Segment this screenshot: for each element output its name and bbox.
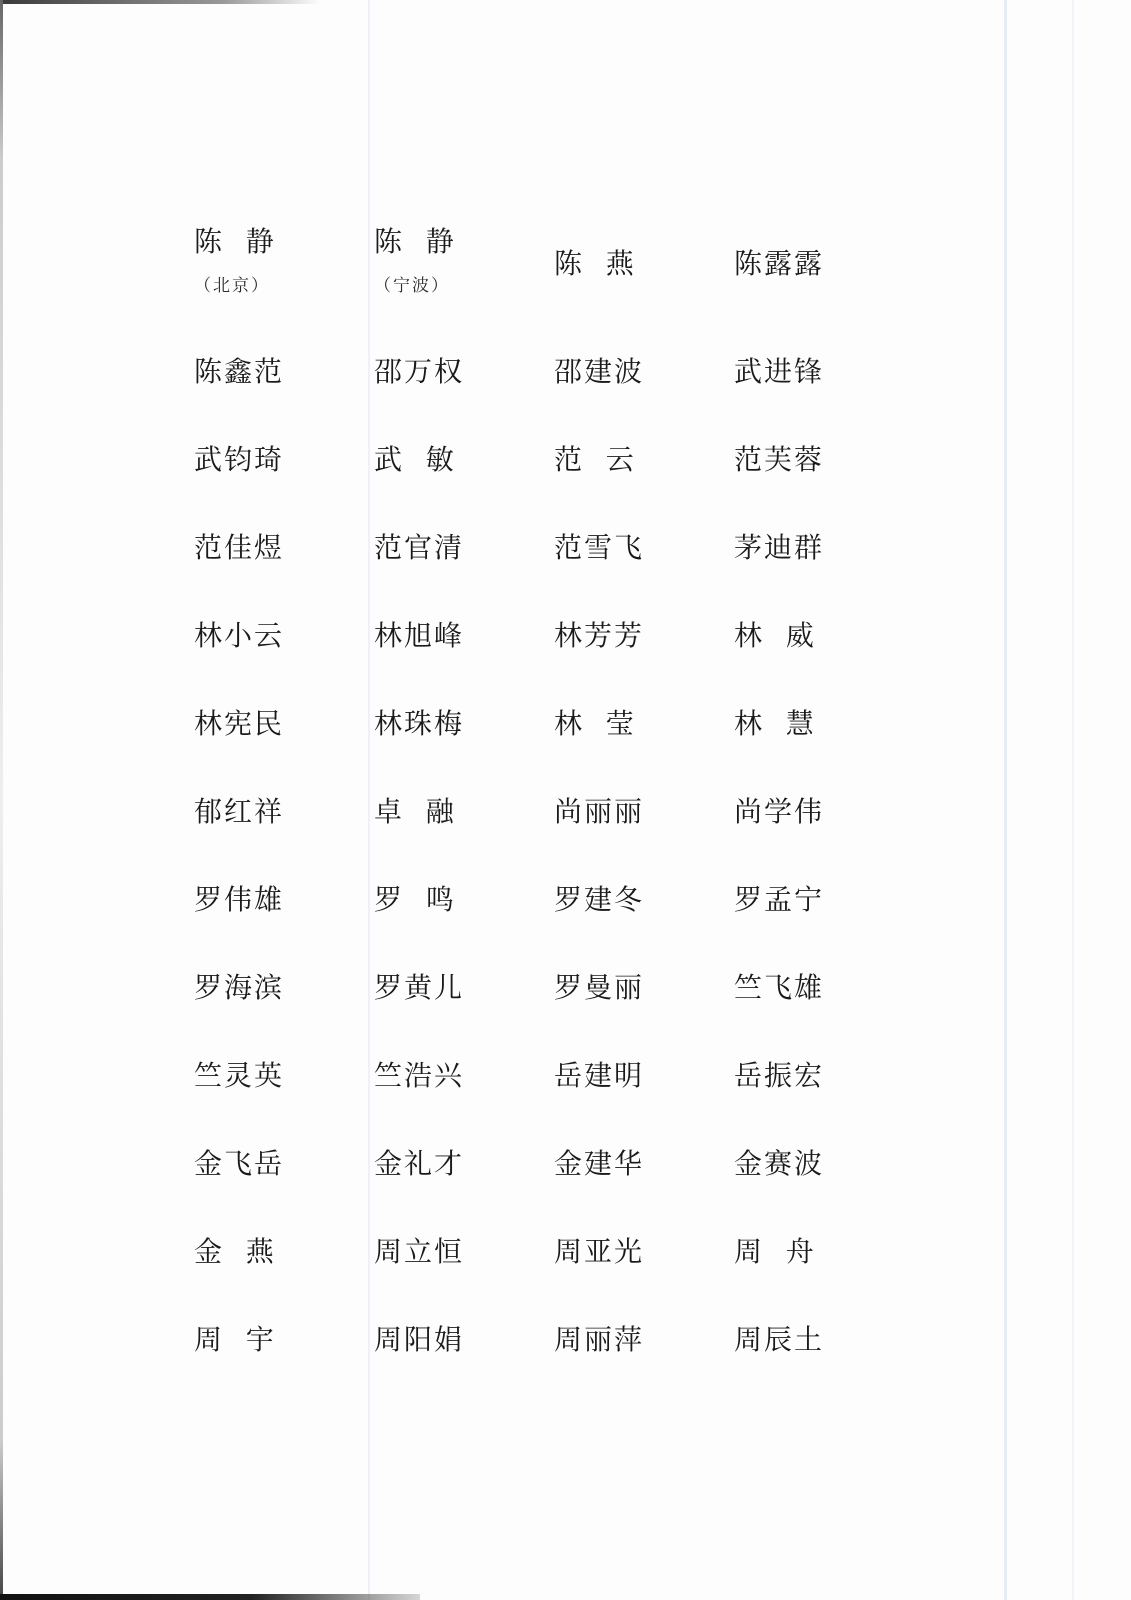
person-name: 岳振宏 xyxy=(734,1056,824,1096)
scan-edge-bottom xyxy=(0,1594,420,1600)
name-row: 林宪民 林珠梅 林 莹 林 慧 xyxy=(194,704,914,792)
name-cell: 金建华 xyxy=(554,1144,734,1184)
person-name: 罗伟雄 xyxy=(194,880,284,920)
person-name: 林珠梅 xyxy=(374,704,464,744)
name-row: 周 宇 周阳娟 周丽萍 周辰土 xyxy=(194,1320,914,1408)
person-name: 邵万权 xyxy=(374,352,464,392)
name-cell: 罗 鸣 xyxy=(374,880,554,920)
name-cell: 范雪飞 xyxy=(554,528,734,568)
person-name: 周 舟 xyxy=(734,1232,816,1272)
name-grid: 陈 静 （北京） 陈 静 （宁波） 陈 燕 陈露露 陈鑫范 邵万权 邵建波 武进… xyxy=(194,222,914,1408)
name-cell: 尚学伟 xyxy=(734,792,914,832)
person-name: 茅迪群 xyxy=(734,528,824,568)
name-cell: 陈露露 xyxy=(734,222,914,284)
name-cell: 邵万权 xyxy=(374,352,554,392)
person-name: 林 莹 xyxy=(554,704,636,744)
name-cell: 林 威 xyxy=(734,616,914,656)
person-name: 周阳娟 xyxy=(374,1320,464,1360)
name-cell: 林芳芳 xyxy=(554,616,734,656)
person-name: 郁红祥 xyxy=(194,792,284,832)
person-name: 金飞岳 xyxy=(194,1144,284,1184)
name-cell: 竺飞雄 xyxy=(734,968,914,1008)
person-name: 武钧琦 xyxy=(194,440,284,480)
name-cell: 周立恒 xyxy=(374,1232,554,1272)
name-row: 罗海滨 罗黄儿 罗曼丽 竺飞雄 xyxy=(194,968,914,1056)
person-name: 林 慧 xyxy=(734,704,816,744)
name-row: 陈鑫范 邵万权 邵建波 武进锋 xyxy=(194,352,914,440)
name-cell: 罗黄儿 xyxy=(374,968,554,1008)
name-cell: 岳振宏 xyxy=(734,1056,914,1096)
person-location-note: （宁波） xyxy=(374,274,450,298)
person-name: 竺飞雄 xyxy=(734,968,824,1008)
person-name: 范芙蓉 xyxy=(734,440,824,480)
person-name: 罗黄儿 xyxy=(374,968,464,1008)
person-name: 金建华 xyxy=(554,1144,644,1184)
name-cell: 金赛波 xyxy=(734,1144,914,1184)
person-name: 周亚光 xyxy=(554,1232,644,1272)
name-cell: 周 舟 xyxy=(734,1232,914,1272)
name-cell: 金飞岳 xyxy=(194,1144,374,1184)
person-name: 陈露露 xyxy=(734,244,824,284)
name-cell: 罗伟雄 xyxy=(194,880,374,920)
person-name: 金礼才 xyxy=(374,1144,464,1184)
name-cell: 陈 静 （宁波） xyxy=(374,222,554,298)
person-name: 陈 静 xyxy=(374,222,456,262)
name-cell: 陈 燕 xyxy=(554,222,734,284)
scan-edge-left xyxy=(0,0,3,1600)
person-name: 罗建冬 xyxy=(554,880,644,920)
name-cell: 罗孟宁 xyxy=(734,880,914,920)
name-cell: 林旭峰 xyxy=(374,616,554,656)
name-cell: 林小云 xyxy=(194,616,374,656)
person-name: 竺浩兴 xyxy=(374,1056,464,1096)
person-name: 卓 融 xyxy=(374,792,456,832)
name-cell: 郁红祥 xyxy=(194,792,374,832)
person-name: 竺灵英 xyxy=(194,1056,284,1096)
name-cell: 周辰土 xyxy=(734,1320,914,1360)
person-name: 周丽萍 xyxy=(554,1320,644,1360)
person-name: 林芳芳 xyxy=(554,616,644,656)
scan-fold-line xyxy=(1072,0,1074,1600)
name-cell: 陈 静 （北京） xyxy=(194,222,374,298)
person-name: 罗曼丽 xyxy=(554,968,644,1008)
person-name: 陈 燕 xyxy=(554,244,636,284)
name-cell: 尚丽丽 xyxy=(554,792,734,832)
name-cell: 范佳煜 xyxy=(194,528,374,568)
name-cell: 武进锋 xyxy=(734,352,914,392)
person-name: 周辰土 xyxy=(734,1320,824,1360)
name-cell: 范芙蓉 xyxy=(734,440,914,480)
person-name: 罗孟宁 xyxy=(734,880,824,920)
name-cell: 罗建冬 xyxy=(554,880,734,920)
name-cell: 茅迪群 xyxy=(734,528,914,568)
name-row: 陈 静 （北京） 陈 静 （宁波） 陈 燕 陈露露 xyxy=(194,222,914,352)
person-name: 范 云 xyxy=(554,440,636,480)
person-name: 范官清 xyxy=(374,528,464,568)
person-name: 尚丽丽 xyxy=(554,792,644,832)
person-name: 陈鑫范 xyxy=(194,352,284,392)
person-name: 范雪飞 xyxy=(554,528,644,568)
name-cell: 林宪民 xyxy=(194,704,374,744)
name-cell: 周丽萍 xyxy=(554,1320,734,1360)
name-cell: 林珠梅 xyxy=(374,704,554,744)
scanned-page: 陈 静 （北京） 陈 静 （宁波） 陈 燕 陈露露 陈鑫范 邵万权 邵建波 武进… xyxy=(0,0,1131,1600)
name-cell: 金礼才 xyxy=(374,1144,554,1184)
name-cell: 武钧琦 xyxy=(194,440,374,480)
person-name: 林小云 xyxy=(194,616,284,656)
name-cell: 罗海滨 xyxy=(194,968,374,1008)
person-name: 范佳煜 xyxy=(194,528,284,568)
person-name: 周 宇 xyxy=(194,1320,276,1360)
person-name: 武进锋 xyxy=(734,352,824,392)
name-cell: 范 云 xyxy=(554,440,734,480)
name-cell: 武 敏 xyxy=(374,440,554,480)
name-cell: 岳建明 xyxy=(554,1056,734,1096)
scan-edge-top xyxy=(0,0,320,4)
person-name: 罗海滨 xyxy=(194,968,284,1008)
person-name: 尚学伟 xyxy=(734,792,824,832)
person-name: 金 燕 xyxy=(194,1232,276,1272)
name-cell: 周 宇 xyxy=(194,1320,374,1360)
name-cell: 林 莹 xyxy=(554,704,734,744)
name-row: 武钧琦 武 敏 范 云 范芙蓉 xyxy=(194,440,914,528)
person-name: 林旭峰 xyxy=(374,616,464,656)
name-row: 范佳煜 范官清 范雪飞 茅迪群 xyxy=(194,528,914,616)
name-row: 林小云 林旭峰 林芳芳 林 威 xyxy=(194,616,914,704)
person-name: 林 威 xyxy=(734,616,816,656)
person-location-note: （北京） xyxy=(194,274,270,298)
person-name: 武 敏 xyxy=(374,440,456,480)
name-cell: 罗曼丽 xyxy=(554,968,734,1008)
person-name: 陈 静 xyxy=(194,222,276,262)
name-row: 竺灵英 竺浩兴 岳建明 岳振宏 xyxy=(194,1056,914,1144)
person-name: 林宪民 xyxy=(194,704,284,744)
name-cell: 邵建波 xyxy=(554,352,734,392)
name-cell: 范官清 xyxy=(374,528,554,568)
name-cell: 周阳娟 xyxy=(374,1320,554,1360)
name-cell: 陈鑫范 xyxy=(194,352,374,392)
name-cell: 林 慧 xyxy=(734,704,914,744)
name-cell: 周亚光 xyxy=(554,1232,734,1272)
scan-fold-line xyxy=(1004,0,1007,1600)
name-cell: 卓 融 xyxy=(374,792,554,832)
person-name: 金赛波 xyxy=(734,1144,824,1184)
person-name: 岳建明 xyxy=(554,1056,644,1096)
name-cell: 金 燕 xyxy=(194,1232,374,1272)
name-row: 金 燕 周立恒 周亚光 周 舟 xyxy=(194,1232,914,1320)
person-name: 罗 鸣 xyxy=(374,880,456,920)
name-row: 罗伟雄 罗 鸣 罗建冬 罗孟宁 xyxy=(194,880,914,968)
name-cell: 竺灵英 xyxy=(194,1056,374,1096)
person-name: 邵建波 xyxy=(554,352,644,392)
name-cell: 竺浩兴 xyxy=(374,1056,554,1096)
person-name: 周立恒 xyxy=(374,1232,464,1272)
name-row: 郁红祥 卓 融 尚丽丽 尚学伟 xyxy=(194,792,914,880)
name-row: 金飞岳 金礼才 金建华 金赛波 xyxy=(194,1144,914,1232)
